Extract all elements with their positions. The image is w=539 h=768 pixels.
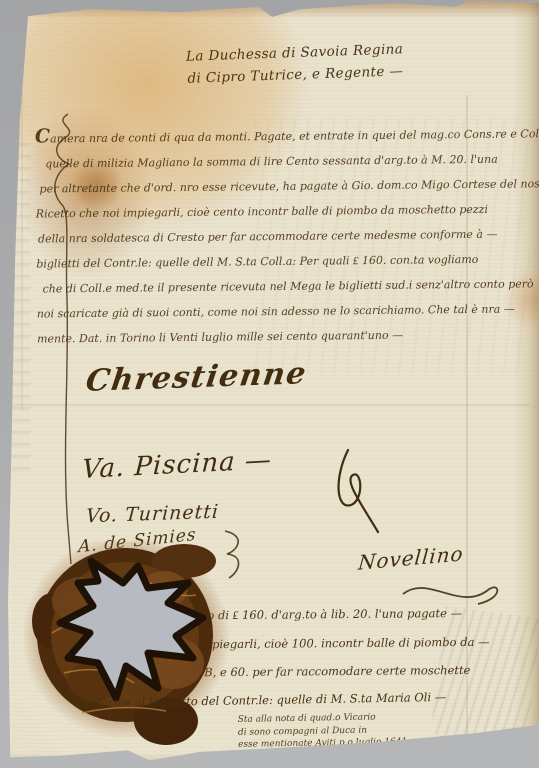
document-heading: La Duchessa di Savoia Regina di Cipro Tu…	[149, 37, 440, 91]
manuscript-page: La Duchessa di Savoia Regina di Cipro Tu…	[0, 0, 539, 768]
left-fold-crease	[21, 20, 23, 410]
clerk-registration-note: Sta alla nota di quad.o Vicario di sono …	[238, 710, 454, 764]
paraph-mark	[332, 442, 406, 536]
clerk-note-line: esse mentionate Aviti p.o luglio 1641	[238, 735, 453, 751]
margin-flourish-line	[38, 108, 110, 570]
countersignature-piscina: Va. Piscina —	[81, 445, 272, 485]
burn-hole	[24, 541, 236, 749]
royal-signature: Chrestienne	[84, 356, 310, 399]
auditor-signature-novellino: Novellino	[357, 541, 465, 574]
left-margin-showthrough	[0, 140, 30, 470]
photo-background: La Duchessa di Savoia Regina di Cipro Tu…	[0, 0, 539, 768]
clerk-note-paraph: Vdi	[238, 748, 453, 764]
